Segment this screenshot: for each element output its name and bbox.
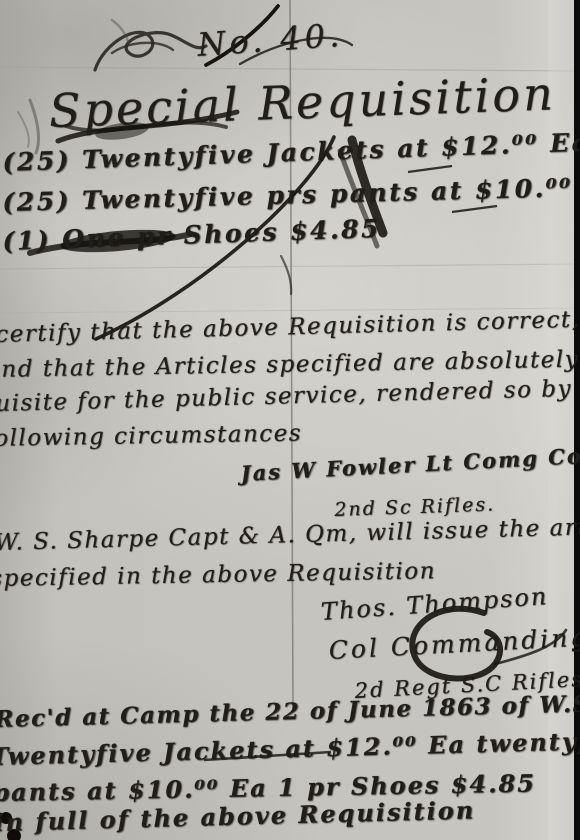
item-line-3: (1) One pr Shoes $4.85	[2, 214, 381, 256]
ink-slash	[281, 256, 291, 294]
officer-signature: Jas W Fowler Lt Comg Co "K"	[240, 440, 580, 486]
ghost-mark	[18, 112, 29, 147]
commander-signature: Thos. Thompson	[320, 582, 549, 626]
issue-order-line-1: W. S. Sharpe Capt & A. Qm, will issue th…	[0, 513, 580, 556]
price-underline	[452, 206, 497, 212]
item-line-2: (25) Twentyfive prs pants at $10.⁰⁰ Ea	[2, 172, 580, 217]
crease-line	[0, 264, 580, 269]
receipt-line-2: Twentyfive Jackets at $12.⁰⁰ Ea twentyfi…	[0, 724, 580, 771]
ghost-mark	[112, 20, 128, 42]
receipt-line-1: Rec'd at Camp the 22 of June 1863 of W.S…	[0, 685, 580, 733]
price-underline	[408, 166, 452, 172]
ink-scribble	[95, 32, 206, 70]
ghost-mark	[30, 100, 38, 153]
certification-line-1: certify that the above Requisition is co…	[0, 307, 580, 348]
certification-line-4: following circumstances	[0, 420, 302, 452]
document-page: No. 40. Special Requisition (25) Twentyf…	[0, 0, 580, 840]
issue-order-line-2: specified in the above Requisition	[0, 558, 436, 592]
ink-scribble	[112, 43, 173, 53]
commander-title: Col Commanding	[328, 622, 580, 665]
document-title: Special Requisition	[48, 66, 556, 138]
requisition-number: No. 40.	[196, 16, 344, 64]
